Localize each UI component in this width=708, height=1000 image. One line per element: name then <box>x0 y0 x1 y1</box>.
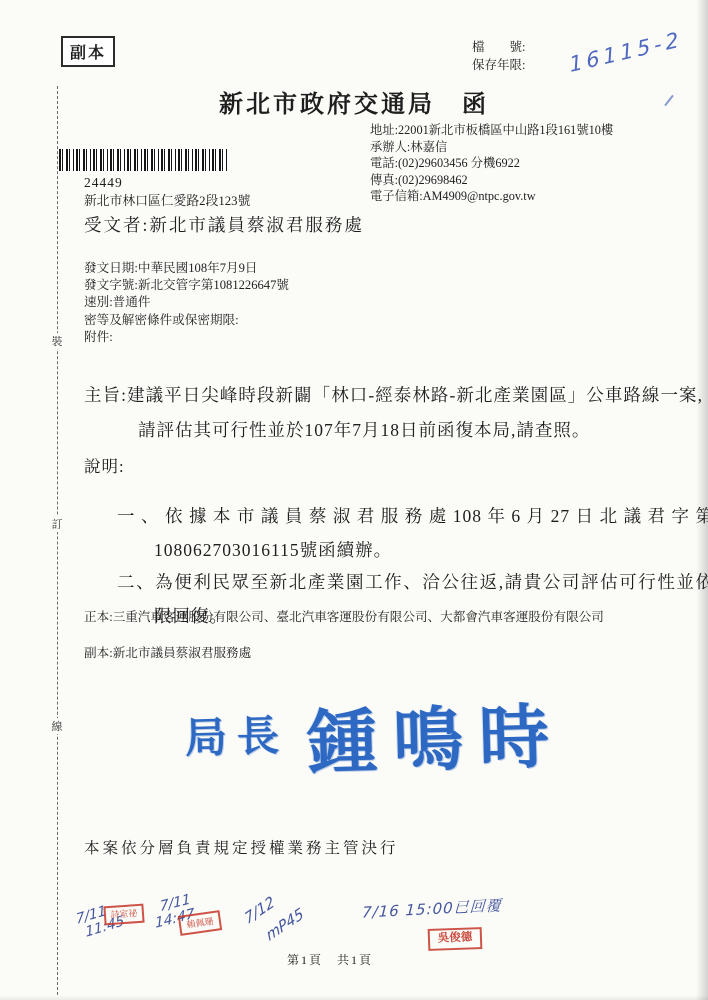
speed-class: 速別:普通件 <box>84 294 289 311</box>
red-name-stamp-1: 詩室祕 <box>103 904 144 926</box>
original-recipients: 三重汽車客運股份有限公司、臺北汽車客運股份有限公司、大都會汽車客運股份有限公司 <box>113 610 604 624</box>
subject-label: 主旨: <box>84 385 127 405</box>
mailing-barcode <box>59 149 227 171</box>
handwritten-file-number: 16115-2 <box>568 27 684 77</box>
explanation-item-1: 一、依據本市議員蔡淑君服務處108年6月27日北議君字第108062703016… <box>117 499 708 567</box>
recipient-line: 受文者:新北市議員蔡淑君服務處 <box>84 212 364 237</box>
handwritten-note-3: 7/12 mP45 <box>243 881 306 952</box>
scanned-official-letter: 副本 檔 號: 保存年限: 16115-2 新北市政府交通局 函 地址:2200… <box>0 0 708 1000</box>
subject-paragraph: 主旨:建議平日尖峰時段新闢「林口-經泰林路-新北產業園區」公車路線一案,請評估其… <box>84 378 703 448</box>
copy-label: 副本: <box>84 646 113 660</box>
scan-shadow-bottom <box>0 995 708 1000</box>
mailing-address: 新北市林口區仁愛路2段123號 <box>84 190 250 209</box>
postal-code: 24449 <box>84 175 123 191</box>
item-1-marker: 一、 <box>117 506 165 526</box>
red-name-stamp-2: 賴佩珊 <box>178 910 222 936</box>
binding-mark-ding: 訂 <box>50 516 64 532</box>
signature-name: 鍾鳴時 <box>306 700 566 784</box>
contact-phone: 電話:(02)29603456 分機6922 <box>370 155 613 172</box>
copy-recipients-line: 副本:新北市議員蔡淑君服務處 <box>84 642 251 661</box>
signature-title: 局長 <box>184 714 289 763</box>
retention-label: 保存年限: <box>472 56 525 74</box>
explanation-label: 說明: <box>84 453 125 477</box>
original-label: 正本: <box>84 610 113 624</box>
director-signature-stamp: 局長鍾鳴時 <box>184 680 606 792</box>
binding-mark-zhuang: 裝 <box>50 333 64 349</box>
agency-contact-block: 地址:22001新北市板橋區中山路1段161號10樓 承辦人:林嘉信 電話:(0… <box>370 122 613 205</box>
authorization-note: 本案依分層負責規定授權業務主管決行 <box>84 836 399 858</box>
contact-fax: 傳真:(02)29698462 <box>370 172 613 189</box>
binding-mark-xian: 線 <box>50 718 64 734</box>
file-number-block: 檔 號: 保存年限: <box>472 38 525 74</box>
attachment-label: 附件: <box>84 329 289 346</box>
contact-address: 地址:22001新北市板橋區中山路1段161號10樓 <box>370 122 613 139</box>
contact-email: 電子信箱:AM4909@ntpc.gov.tw <box>370 188 613 205</box>
contact-person: 承辦人:林嘉信 <box>370 139 613 156</box>
red-name-stamp-wu-jun-de: 吳俊德 <box>428 927 483 951</box>
page-number-footer: 第1頁 共1頁 <box>0 951 660 968</box>
copy-stamp-box: 副本 <box>61 36 115 67</box>
issue-date: 發文日期:中華民國108年7月9日 <box>84 260 289 277</box>
file-number-label: 檔 號: <box>472 38 525 56</box>
security-class: 密等及解密條件或保密期限: <box>84 312 289 329</box>
item-2-marker: 二、 <box>117 572 155 592</box>
subject-text: 建議平日尖峰時段新闢「林口-經泰林路-新北產業園區」公車路線一案,請評估其可行性… <box>127 385 703 440</box>
document-meta-block: 發文日期:中華民國108年7月9日 發文字號:新北交管字第1081226647號… <box>84 260 289 346</box>
item-1-text: 依據本市議員蔡淑君服務處108年6月27日北議君字第10806270301611… <box>154 506 708 560</box>
issue-number: 發文字號:新北交管字第1081226647號 <box>84 277 289 294</box>
handwritten-note-4: 7/16 15:00已回覆 <box>362 898 502 921</box>
copy-recipients: 新北市議員蔡淑君服務處 <box>113 646 252 660</box>
binding-dashed-line <box>57 86 58 995</box>
original-recipients-line: 正本:三重汽車客運股份有限公司、臺北汽車客運股份有限公司、大都會汽車客運股份有限… <box>84 610 708 626</box>
document-title: 新北市政府交通局 函 <box>0 84 708 119</box>
